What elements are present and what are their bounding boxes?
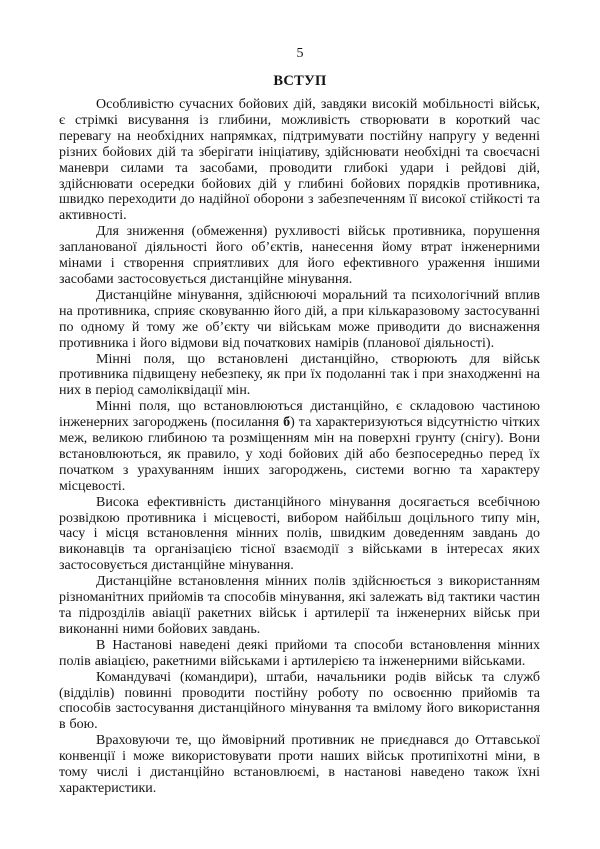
page-number: 5: [0, 46, 600, 62]
paragraph-7: Дистанційне встановлення мінних полів зд…: [59, 574, 540, 638]
paragraph-9: Командувачі (командири), штаби, начальни…: [59, 670, 540, 734]
paragraph-6: Висока ефективність дистанційного мінува…: [59, 495, 540, 575]
paragraph-2: Для зниження (обмеження) рухливості війс…: [59, 224, 540, 288]
document-page: 5 ВСТУП Особливістю сучасних бойових дій…: [0, 0, 600, 849]
paragraph-4: Мінні поля, що встановлені дистанційно, …: [59, 352, 540, 400]
paragraph-8: В Настанові наведені деякі прийоми та сп…: [59, 638, 540, 670]
paragraph-3: Дистанційне мінування, здійснюючі мораль…: [59, 288, 540, 352]
page-title: ВСТУП: [0, 73, 600, 90]
paragraph-5: Мінні поля, що встановлюються дистанційн…: [59, 399, 540, 494]
document-body: Особливістю сучасних бойових дій, завдяк…: [59, 97, 540, 797]
paragraph-10: Враховуючи те, що ймовірний противник не…: [59, 733, 540, 797]
paragraph-1: Особливістю сучасних бойових дій, завдяк…: [59, 97, 540, 224]
